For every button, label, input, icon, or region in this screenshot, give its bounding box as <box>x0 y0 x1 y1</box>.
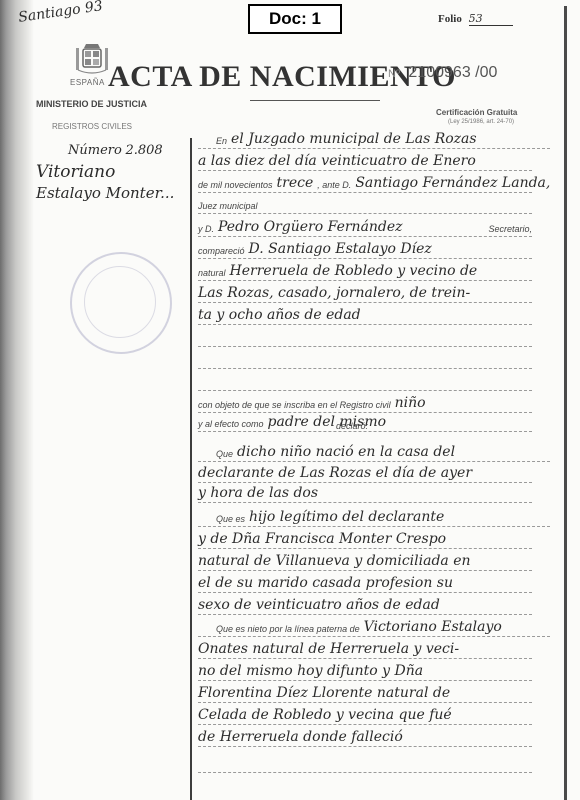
handwritten-text: niño <box>395 394 426 412</box>
body-line-13: con objeto de que se inscriba en el Regi… <box>198 392 532 413</box>
handwritten-text: el Juzgado municipal de Las Rozas <box>231 130 477 148</box>
title-underline <box>250 100 380 101</box>
handwritten-text: Celada de Robledo y vecina que fué <box>198 706 452 724</box>
registry-name: REGISTROS CIVILES <box>52 122 132 131</box>
crest-caption: ESPAÑA <box>70 78 105 87</box>
handwritten-text: trece <box>277 174 314 192</box>
body-line-1: En el Juzgado municipal de Las Rozas <box>198 128 550 149</box>
ministry-name: MINISTERIO DE JUSTICIA <box>36 99 147 109</box>
declaration-line-2: declarante de Las Rozas el día de ayer <box>198 462 532 483</box>
printed-text: Juez municipal <box>198 201 258 211</box>
body-line-12 <box>198 370 532 391</box>
handwritten-text: Onates natural de Herreruela y veci- <box>198 640 459 658</box>
record-number-value: 2.808 <box>125 143 162 158</box>
serial-number: Nº 2100963 /00 <box>388 64 497 82</box>
declaration-line-6: natural de Villanueva y domiciliada en <box>198 550 532 571</box>
declaration-line-9: Que es nieto por la línea paterna de Vic… <box>198 616 550 637</box>
handwritten-text: y hora de las dos <box>198 484 318 502</box>
declaration-line-14: de Herreruela donde falleció <box>198 726 532 747</box>
declaration-line-3: y hora de las dos <box>198 482 532 503</box>
handwritten-text: ta y ocho años de edad <box>198 306 361 324</box>
folio-value: 53 <box>469 12 513 26</box>
body-line-4: Juez municipal <box>198 193 532 214</box>
handwritten-text: Herreruela de Robledo y vecino de <box>230 262 478 280</box>
printed-text: y al efecto como <box>198 419 264 429</box>
certification-label: Certificación Gratuita <box>436 108 517 117</box>
declaration-line-8: sexo de veinticuatro años de edad <box>198 594 532 615</box>
declaration-line-7: el de su marido casada profesion su <box>198 572 532 593</box>
margin-given-name: Vitoriano <box>36 162 115 182</box>
record-number-label: Número <box>68 143 122 158</box>
body-line-6: compareció D. Santiago Estalayo Díez <box>198 238 532 259</box>
handwritten-text: sexo de veinticuatro años de edad <box>198 596 440 614</box>
body-line-5: y D. Pedro Orgüero Fernández Secretario, <box>198 216 532 237</box>
printed-text: En <box>216 136 227 146</box>
body-line-10 <box>198 326 532 347</box>
printed-text: compareció <box>198 246 245 256</box>
page-border-right <box>564 6 567 800</box>
body-left-rule <box>190 138 192 800</box>
coat-of-arms-icon <box>72 40 112 76</box>
printed-text: Que <box>216 449 233 459</box>
doc-number-label: Doc: 1 <box>248 4 342 34</box>
declaration-line-12: Florentina Díez Llorente natural de <box>198 682 532 703</box>
printed-text: de mil novecientos <box>198 180 273 190</box>
declaration-line-10: Onates natural de Herreruela y veci- <box>198 638 532 659</box>
handwritten-text: D. Santiago Estalayo Díez <box>249 240 432 258</box>
declaration-line-1: Que dicho niño nació en la casa del <box>198 441 550 462</box>
printed-text: con objeto de que se inscriba en el Regi… <box>198 400 391 410</box>
declaration-line-13: Celada de Robledo y vecina que fué <box>198 704 532 725</box>
body-line-7: natural Herreruela de Robledo y vecino d… <box>198 260 532 281</box>
handwritten-text: natural de Villanueva y domiciliada en <box>198 552 471 570</box>
declaro-label: declaró: <box>336 421 368 431</box>
handwritten-text: y de Dña Francisca Monter Crespo <box>198 530 446 548</box>
handwritten-text: dicho niño nació en la casa del <box>237 443 455 461</box>
handwritten-text: Santiago Fernández Landa, <box>355 174 550 192</box>
printed-text: Que es nieto por la línea paterna de <box>216 624 360 634</box>
body-line-8: Las Rozas, casado, jornalero, de trein- <box>198 282 532 303</box>
handwritten-text: el de su marido casada profesion su <box>198 574 453 592</box>
folio-field: Folio 53 <box>438 12 513 26</box>
handwritten-text: no del mismo hoy difunto y Dña <box>198 662 423 680</box>
handwritten-text: Las Rozas, casado, jornalero, de trein- <box>198 284 470 302</box>
handwritten-text: de Herreruela donde falleció <box>198 728 403 746</box>
printed-text: Que es <box>216 514 245 524</box>
declaration-line-11: no del mismo hoy difunto y Dña <box>198 660 532 681</box>
declaration-line-15 <box>198 752 532 773</box>
serial-prefix: Nº <box>388 68 400 80</box>
body-line-11 <box>198 348 532 369</box>
margin-surnames: Estalayo Monter... <box>36 184 174 202</box>
declaration-line-4: Que es hijo legítimo del declarante <box>198 506 550 527</box>
declaration-line-5: y de Dña Francisca Monter Crespo <box>198 528 532 549</box>
folio-label: Folio <box>438 13 462 25</box>
handwritten-text: a las diez del día veinticuatro de Enero <box>198 152 476 170</box>
handwritten-text: declarante de Las Rozas el día de ayer <box>198 464 472 482</box>
handwritten-text: Victoriano Estalayo <box>364 618 502 636</box>
body-line-9: ta y ocho años de edad <box>198 304 532 325</box>
printed-text: , ante D. <box>317 180 351 190</box>
record-number: Número 2.808 <box>68 142 163 158</box>
body-line-3: de mil novecientos trece , ante D. Santi… <box>198 172 532 193</box>
printed-text: Secretario, <box>488 224 532 234</box>
body-line-2: a las diez del día veinticuatro de Enero <box>198 150 532 171</box>
law-reference: (Ley 25/1986, art. 24-70) <box>448 119 514 125</box>
handwritten-text: Florentina Díez Llorente natural de <box>198 684 450 702</box>
handwritten-text: Pedro Orgüero Fernández <box>218 218 403 236</box>
printed-text: natural <box>198 268 226 278</box>
handwritten-text: hijo legítimo del declarante <box>249 508 444 526</box>
serial-value: 2100963 /00 <box>408 64 497 81</box>
registry-stamp-icon <box>70 252 172 354</box>
printed-text: y D. <box>198 224 214 234</box>
scan-shadow-edge <box>0 0 34 800</box>
handwritten-text: padre del mismo <box>268 413 387 431</box>
